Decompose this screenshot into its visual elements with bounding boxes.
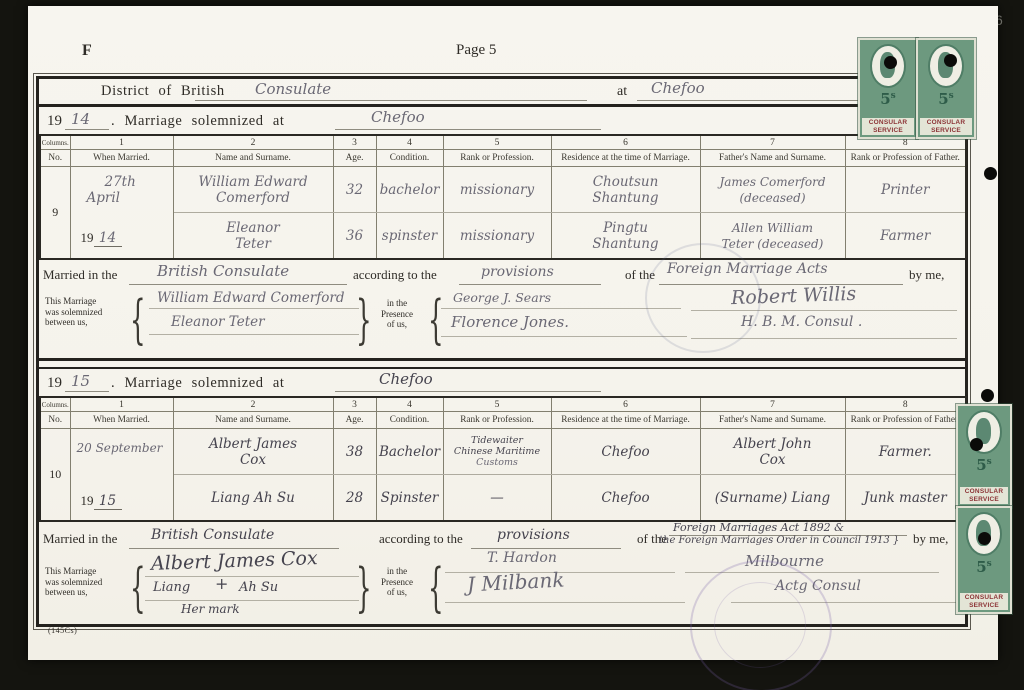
groom-father-rank-cell: Printer xyxy=(845,167,966,213)
married-in-value: British Consulate xyxy=(157,262,289,280)
party-signature-2b: Ah Su xyxy=(239,580,278,595)
year-value: 14 xyxy=(71,110,90,128)
groom-condition-cell: Bachelor xyxy=(376,429,443,475)
consular-revenue-stamp: 5s CONSULARSERVICE xyxy=(858,38,918,139)
presence-label: in thePresenceof us, xyxy=(381,566,413,598)
according-label: according to the xyxy=(353,267,437,283)
stamp-value: 5s xyxy=(976,454,992,473)
groom-residence-cell: ChoutsunShantung xyxy=(551,167,700,213)
groom-profession-cell: Tidewaiter Chinese Maritime Customs xyxy=(443,429,551,475)
bride-condition-cell: spinster xyxy=(376,213,443,260)
marriage-register-table-1914: Columns. 12 34 56 78 No. When Married.Na… xyxy=(39,134,967,260)
district-place: Chefoo xyxy=(651,79,705,97)
district-label: District of British xyxy=(101,83,225,100)
bride-name-cell: EleanorTeter xyxy=(173,213,333,260)
brace-open: { xyxy=(130,562,146,615)
punch-hole xyxy=(944,54,957,67)
groom-condition-cell: bachelor xyxy=(376,167,443,213)
according-label: according to the xyxy=(379,531,463,547)
party-signature-2a: Liang xyxy=(153,580,190,595)
record-10-groom-row: 10 20 September 1915 Albert JamesCox 38 … xyxy=(40,429,966,475)
this-marriage-label: This Marriagewas solemnizedbetween us, xyxy=(45,296,102,328)
by-me-label: by me, xyxy=(909,267,944,283)
stamp-value: 5s xyxy=(880,88,896,107)
punch-hole xyxy=(981,389,994,402)
bride-profession-cell: missionary xyxy=(443,213,551,260)
consular-service-label: CONSULARSERVICE xyxy=(920,118,972,135)
acts-value-line2: the Foreign Marriages Order in Council 1… xyxy=(659,535,899,546)
king-portrait-icon xyxy=(870,44,906,88)
brace-open: { xyxy=(428,294,444,347)
section-separator xyxy=(39,358,965,369)
party-signature-1: Albert James Cox xyxy=(151,547,318,575)
bride-father-rank-cell: Farmer xyxy=(845,213,966,260)
register-sheet: F Page 5 District of British Consulate a… xyxy=(28,6,998,660)
king-portrait-icon xyxy=(966,410,1002,454)
place-value: Chefoo xyxy=(371,108,425,126)
at-label: at xyxy=(617,84,627,100)
column-numbers-row: Columns. 12 34 56 78 xyxy=(40,135,966,150)
groom-name-cell: William EdwardComerford xyxy=(173,167,333,213)
party-signature-1: William Edward Comerford xyxy=(157,290,344,306)
record-10-bride-row: Liang Ah Su 28 Spinster — Chefoo (Surnam… xyxy=(40,475,966,522)
her-mark-note: Her mark xyxy=(181,602,240,616)
groom-father-cell: James Comerford(deceased) xyxy=(700,167,845,213)
according-value: provisions xyxy=(481,264,554,280)
punch-hole xyxy=(978,532,991,545)
record-no: 9 xyxy=(40,167,70,260)
corner-letter: F xyxy=(82,42,92,60)
bride-name-cell: Liang Ah Su xyxy=(173,475,333,522)
scanned-register-page: 6 F Page 5 District of British Consulate… xyxy=(0,0,1024,690)
district-blank-rule xyxy=(195,100,587,101)
brace-open: { xyxy=(130,294,146,347)
brace-close: } xyxy=(356,294,372,347)
place-value: Chefoo xyxy=(379,370,433,388)
consular-revenue-stamp: 5s CONSULARSERVICE xyxy=(956,506,1012,614)
purple-office-stamp-inner xyxy=(714,582,806,668)
this-marriage-label: This Marriagewas solemnizedbetween us, xyxy=(45,566,102,598)
page-label: Page 5 xyxy=(456,42,496,59)
year-blank-rule xyxy=(65,129,109,130)
bride-condition-cell: Spinster xyxy=(376,475,443,522)
acts-value-line1: Foreign Marriages Act 1892 & xyxy=(673,521,844,534)
bride-age-cell: 36 xyxy=(333,213,376,260)
consular-revenue-stamp: 5s CONSULARSERVICE xyxy=(956,404,1012,508)
her-mark-cross: + xyxy=(215,574,228,593)
married-in-value: British Consulate xyxy=(151,527,274,543)
bride-age-cell: 28 xyxy=(333,475,376,522)
witness-signature-1: T. Hardon xyxy=(487,550,557,566)
king-portrait-icon xyxy=(966,512,1002,556)
column-headers-row: No. When Married.Name and Surname. Age.C… xyxy=(40,412,966,429)
year-value: 15 xyxy=(71,372,90,390)
column-numbers-row: Columns. 12 34 56 78 xyxy=(40,397,966,412)
when-married-cell: 20 September 1915 xyxy=(70,429,173,522)
groom-age-cell: 32 xyxy=(333,167,376,213)
stamp-value: 5s xyxy=(938,88,954,107)
groom-residence-cell: Chefoo xyxy=(551,429,700,475)
witness-signature-1: George J. Sears xyxy=(453,290,551,305)
by-me-label: by me, xyxy=(913,531,948,547)
district-row: District of British Consulate at Chefoo xyxy=(39,79,965,107)
column-headers-row: No. When Married.Name and Surname. Age.C… xyxy=(40,150,966,167)
year-row-1915: 19 15 . Marriage solemnized at Chefoo xyxy=(39,369,965,396)
place-blank-rule xyxy=(335,129,601,130)
bride-father-cell: (Surname) Liang xyxy=(700,475,845,522)
attestation-1914: Married in the British Consulate accordi… xyxy=(39,260,965,358)
year-row-1914: 19 14 . Marriage solemnized at Chefoo xyxy=(39,107,965,134)
record-9-bride-row: EleanorTeter 36 spinster missionary Ping… xyxy=(40,213,966,260)
register-form: District of British Consulate at Chefoo … xyxy=(36,76,968,627)
consular-revenue-stamp: 5s CONSULARSERVICE xyxy=(916,38,976,139)
groom-father-rank-cell: Farmer. xyxy=(845,429,966,475)
punch-hole xyxy=(970,438,983,451)
king-portrait-icon xyxy=(928,44,964,88)
witness-signature-2: Florence Jones. xyxy=(451,313,569,331)
consular-service-label: CONSULARSERVICE xyxy=(862,118,914,135)
punch-hole xyxy=(884,56,897,69)
groom-age-cell: 38 xyxy=(333,429,376,475)
when-married-cell: 27th April 1914 xyxy=(70,167,173,260)
bride-residence-cell: Chefoo xyxy=(551,475,700,522)
consular-service-label: CONSULARSERVICE xyxy=(960,593,1008,610)
district-value: Consulate xyxy=(255,80,331,98)
groom-profession-cell: missionary xyxy=(443,167,551,213)
stamp-value: 5s xyxy=(976,556,992,575)
married-in-label: Married in the xyxy=(43,531,117,547)
form-code: (145Cs) xyxy=(48,626,77,635)
record-9-groom-row: 9 27th April 1914 William EdwardComerfor… xyxy=(40,167,966,213)
party-signature-2: Eleanor Teter xyxy=(171,314,265,330)
year-prefix: 19 xyxy=(47,113,62,130)
groom-name-cell: Albert JamesCox xyxy=(173,429,333,475)
bride-profession-cell: — xyxy=(443,475,551,522)
groom-father-cell: Albert JohnCox xyxy=(700,429,845,475)
marriage-register-table-1915: Columns. 12 34 56 78 No. When Married.Na… xyxy=(39,396,967,522)
according-value: provisions xyxy=(497,527,570,543)
brace-close: } xyxy=(356,562,372,615)
presence-label: in thePresenceof us, xyxy=(381,298,413,330)
officiant-title: H. B. M. Consul . xyxy=(741,314,862,330)
solemnized-label: . Marriage solemnized at xyxy=(111,113,285,130)
embossed-consular-seal xyxy=(645,243,761,353)
married-in-label: Married in the xyxy=(43,267,117,283)
witness-signature-2: J Milbank xyxy=(466,567,564,596)
consular-service-label: CONSULARSERVICE xyxy=(960,487,1008,504)
brace-open: { xyxy=(428,562,444,615)
punch-hole xyxy=(984,167,997,180)
bride-father-rank-cell: Junk master xyxy=(845,475,966,522)
record-no: 10 xyxy=(40,429,70,522)
